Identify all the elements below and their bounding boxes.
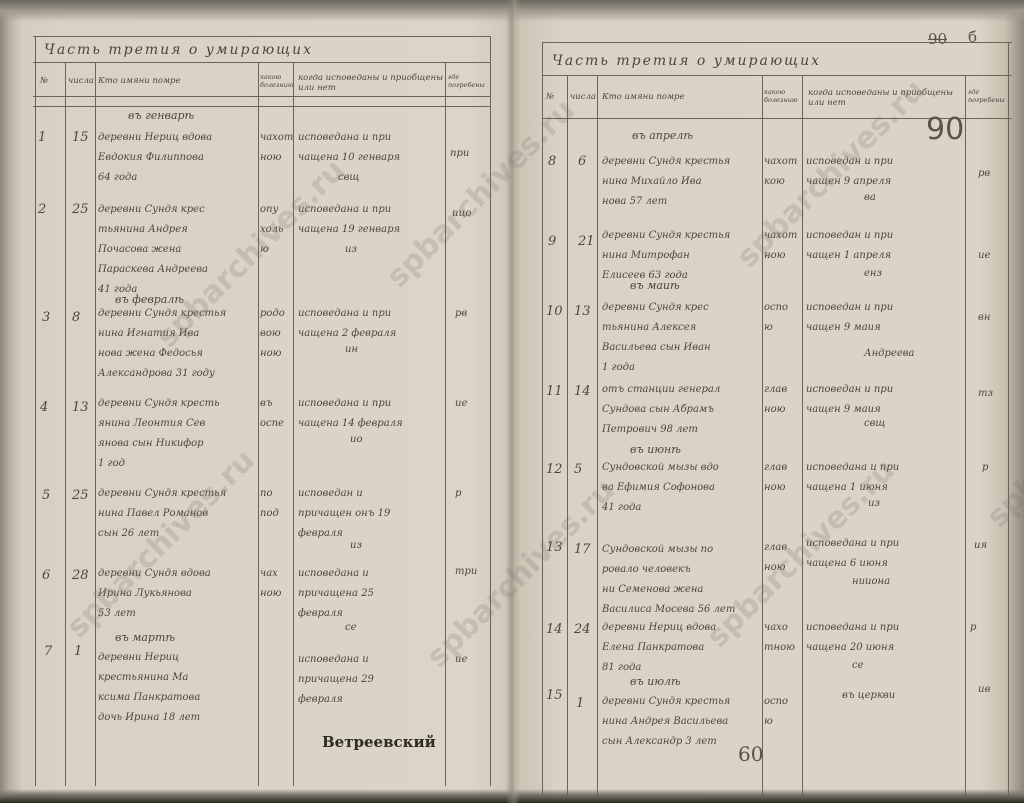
entry-no: 5 (42, 486, 50, 506)
priest-mark: ин (345, 344, 358, 355)
entry-no: 1 (38, 128, 46, 148)
col-rule (965, 75, 966, 797)
entry-burial: ицо (452, 208, 471, 219)
priest-mark: из (350, 540, 362, 551)
entry-illness: въ оспе (260, 394, 284, 434)
page-title: Часть третия о умирающих (552, 53, 821, 69)
priest-mark: се (852, 660, 864, 671)
priest-mark: из (345, 244, 357, 255)
entry-illness: оспо ю (764, 692, 788, 732)
header-who: Кто имяни помре (98, 76, 181, 86)
entry-day: 1 (576, 694, 584, 714)
header-confession: когда исповеданы и приобщены или нет (808, 88, 963, 108)
col-rule (762, 75, 763, 797)
col-rule (95, 62, 96, 786)
header-day: числа (68, 76, 94, 86)
col-rule (542, 42, 543, 797)
entry-illness: родо вою ною (260, 304, 285, 364)
entry-who: деревни Сундя вдова Ирина Лукьянова 53 л… (98, 564, 211, 624)
entry-illness: глав ною (764, 538, 787, 578)
bottom-mark: 60 (738, 742, 763, 766)
entry-burial: вн (978, 312, 990, 323)
col-rule (802, 75, 803, 797)
page-title: Часть третия о умирающих (44, 42, 313, 58)
entry-who: деревни Нериц вдова Елена Панкратова 81 … (602, 618, 716, 678)
entry-illness: опу холь ю (260, 200, 283, 260)
entry-day: 6 (578, 152, 586, 172)
col-rule (258, 62, 259, 786)
entry-who: деревни Сундя крес тьянина Алексея Васил… (602, 298, 711, 378)
entry-who: деревни Нериц вдова Евдокия Филиппова 64… (98, 128, 212, 188)
entry-burial: рв (455, 308, 467, 319)
entry-confession: исповедан и причащен онъ 19 февраля (298, 484, 390, 544)
priest-mark: свщ (864, 418, 885, 429)
entry-day: 28 (72, 566, 89, 586)
entry-confession: исповедана и при чащена 14 февраля (298, 394, 403, 434)
entry-no: 9 (548, 232, 556, 252)
book-spread: Часть третия о умирающих № числа Кто имя… (0, 0, 1024, 803)
entry-burial: р (970, 622, 976, 633)
entry-who: деревни Сундя крес тьянина Андрея Почасо… (98, 200, 208, 300)
entry-day: 24 (574, 620, 591, 640)
archive-stamp-number: 90 (926, 112, 964, 147)
entry-confession: исповедана и при чащена 1 июня (806, 458, 899, 498)
entry-no: 15 (546, 686, 563, 706)
title-rule (33, 62, 490, 63)
entry-illness: чахо тною (764, 618, 795, 658)
entry-illness: глав ною (764, 458, 787, 498)
entry-illness: чахот кою (764, 152, 797, 192)
entry-day: 14 (574, 382, 591, 402)
entry-confession: исповедана и при чащена 19 генваря (298, 200, 400, 240)
entry-no: 12 (546, 460, 563, 480)
entry-confession: исповедан и при чащен 9 маия (806, 380, 893, 420)
header-confession: когда исповеданы и приобщены или нет (298, 73, 444, 93)
col-rule (1008, 42, 1009, 797)
entry-no: 10 (546, 302, 563, 322)
entry-who: Сундовской мызы по ровало человекъ ни Се… (602, 540, 735, 620)
entry-no: 13 (546, 538, 563, 558)
entry-day: 8 (72, 308, 80, 328)
entry-confession: исповедан и при чащен 9 апреля (806, 152, 893, 192)
month-label: въ апрелѣ (632, 126, 693, 146)
entry-who: деревни Сундя крестья нина Игнатия Ива н… (98, 304, 226, 384)
entry-no: 4 (40, 398, 48, 418)
entry-burial: ие (978, 250, 990, 261)
entry-who: деревни Сундя крестья нина Андрея Василь… (602, 692, 730, 752)
priest-mark: Андреева (864, 348, 915, 359)
col-rule (597, 75, 598, 797)
entry-confession: исповедан и при чащен 1 апреля (806, 226, 893, 266)
month-label: въ мартѣ (115, 628, 175, 648)
entry-no: 14 (546, 620, 563, 640)
priest-mark: ва (864, 192, 876, 203)
entry-illness: чахот ною (260, 128, 293, 168)
folio-mark: б (968, 28, 977, 46)
entry-confession: исповедана и причащена 25 февраля (298, 564, 374, 624)
table-top-rule (33, 36, 490, 37)
entry-day: 25 (72, 200, 89, 220)
month-label: въ июнѣ (630, 440, 681, 460)
entry-day: 13 (574, 302, 591, 322)
header-illness: какою болезнию (260, 73, 292, 89)
entry-burial: рв (978, 168, 990, 179)
left-page: Часть третия о умирающих № числа Кто имя… (0, 0, 510, 803)
entry-who: деревни Сундя крестья нина Павел Романов… (98, 484, 226, 544)
entry-confession: исповедана и при чащена 20 июня (806, 618, 899, 658)
header-who: Кто имяни помре (602, 92, 685, 102)
title-rule (542, 75, 1012, 76)
right-page: 90 б Часть третия о умирающих № числа Кт… (512, 0, 1024, 803)
table-top-rule (542, 42, 1012, 43)
entry-who: деревни Сундя кресть янина Леонтия Сев я… (98, 394, 220, 474)
entry-confession: исповедана и при чащена 10 генваря (298, 128, 400, 168)
entry-who: деревни Сундя крестья нина Михайло Ива н… (602, 152, 730, 212)
header-illness: какою болезнию (764, 88, 800, 104)
entry-confession: исповедана и при чащена 6 июня (806, 534, 899, 574)
entry-burial: р (455, 488, 461, 499)
priest-mark: ио (350, 434, 362, 445)
entry-who: отъ станции генерал Сундова сын Абрамъ П… (602, 380, 720, 440)
entry-who: Сундовской мызы вдо ва Ефимия Софонова 4… (602, 458, 719, 518)
entry-confession: исповедана и при чащена 2 февраля (298, 304, 396, 344)
priest-mark: из (868, 498, 880, 509)
priest-signature: Ветреевский (322, 733, 436, 751)
entry-burial: ие (455, 398, 467, 409)
entry-illness: оспо ю (764, 298, 788, 338)
month-label: въ маиѣ (630, 276, 680, 296)
header-no: № (546, 92, 554, 102)
entry-illness: глав ною (764, 380, 787, 420)
entry-day: 21 (578, 232, 595, 252)
entry-burial: тз (978, 388, 993, 399)
entry-no: 2 (38, 200, 46, 220)
entry-burial: при (450, 148, 469, 159)
month-label: въ генварѣ (128, 106, 194, 126)
entry-day: 17 (574, 540, 591, 560)
col-rule (567, 75, 568, 797)
entry-burial: ив (978, 684, 990, 695)
entry-burial: ие (455, 654, 467, 665)
header-mid-rule (33, 96, 490, 97)
header-day: числа (570, 92, 596, 102)
priest-mark: нииона (852, 576, 890, 587)
col-rule (445, 62, 446, 786)
col-rule (490, 36, 491, 786)
entry-day: 25 (72, 486, 89, 506)
entry-confession: въ церкви (842, 686, 895, 706)
entry-confession: исповедана и причащена 29 февраля (298, 650, 374, 710)
entry-who: деревни Нериц крестьянина Ма ксима Панкр… (98, 648, 200, 728)
priest-mark: се (345, 622, 357, 633)
priest-mark: свщ (338, 172, 359, 183)
entry-burial: три (455, 566, 477, 577)
col-rule (293, 62, 294, 786)
month-label: въ июлѣ (630, 672, 681, 692)
entry-no: 7 (44, 642, 52, 662)
entry-day: 15 (72, 128, 89, 148)
entry-day: 13 (72, 398, 89, 418)
entry-no: 3 (42, 308, 50, 328)
entry-no: 6 (42, 566, 50, 586)
entry-illness: чах ною (260, 564, 281, 604)
header-bottom-rule (33, 106, 490, 107)
entry-no: 11 (546, 382, 563, 402)
entry-no: 8 (548, 152, 556, 172)
entry-day: 1 (74, 642, 82, 662)
entry-illness: по под (260, 484, 279, 524)
col-rule (65, 62, 66, 786)
header-burial: где погребены (448, 73, 490, 89)
page-number-struck: 90 (928, 30, 947, 48)
entry-burial: ия (974, 540, 987, 551)
col-rule (35, 36, 36, 786)
entry-illness: чахот ною (764, 226, 797, 266)
entry-day: 5 (574, 460, 582, 480)
entry-confession: исповедан и при чащен 9 маия (806, 298, 893, 338)
entry-burial: р (982, 462, 988, 473)
header-burial: где погребены (968, 88, 1008, 104)
header-no: № (40, 76, 48, 86)
priest-mark: енз (864, 268, 882, 279)
